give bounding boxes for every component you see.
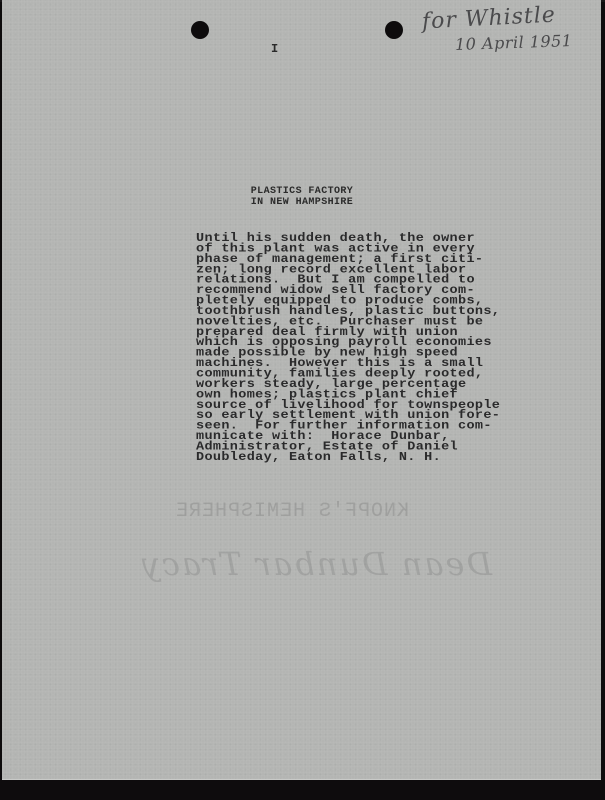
document-title: PLASTICS FACTORY IN NEW HAMPSHIRE bbox=[222, 186, 382, 208]
title-line-2: IN NEW HAMPSHIRE bbox=[222, 197, 382, 208]
bleed-through-signature: Dean Dunbar Tracy bbox=[140, 545, 492, 583]
punch-hole-left bbox=[191, 21, 209, 39]
title-line-1: PLASTICS FACTORY bbox=[222, 186, 382, 197]
body-paragraph: Until his sudden death, the ownerof this… bbox=[196, 234, 500, 463]
page-number: I bbox=[271, 42, 278, 56]
punch-hole-right bbox=[385, 21, 403, 39]
bleed-through-text: KNOPF'S HEMISPHERE bbox=[175, 500, 409, 523]
body-line: Doubleday, Eaton Falls, N. H. bbox=[196, 453, 500, 463]
